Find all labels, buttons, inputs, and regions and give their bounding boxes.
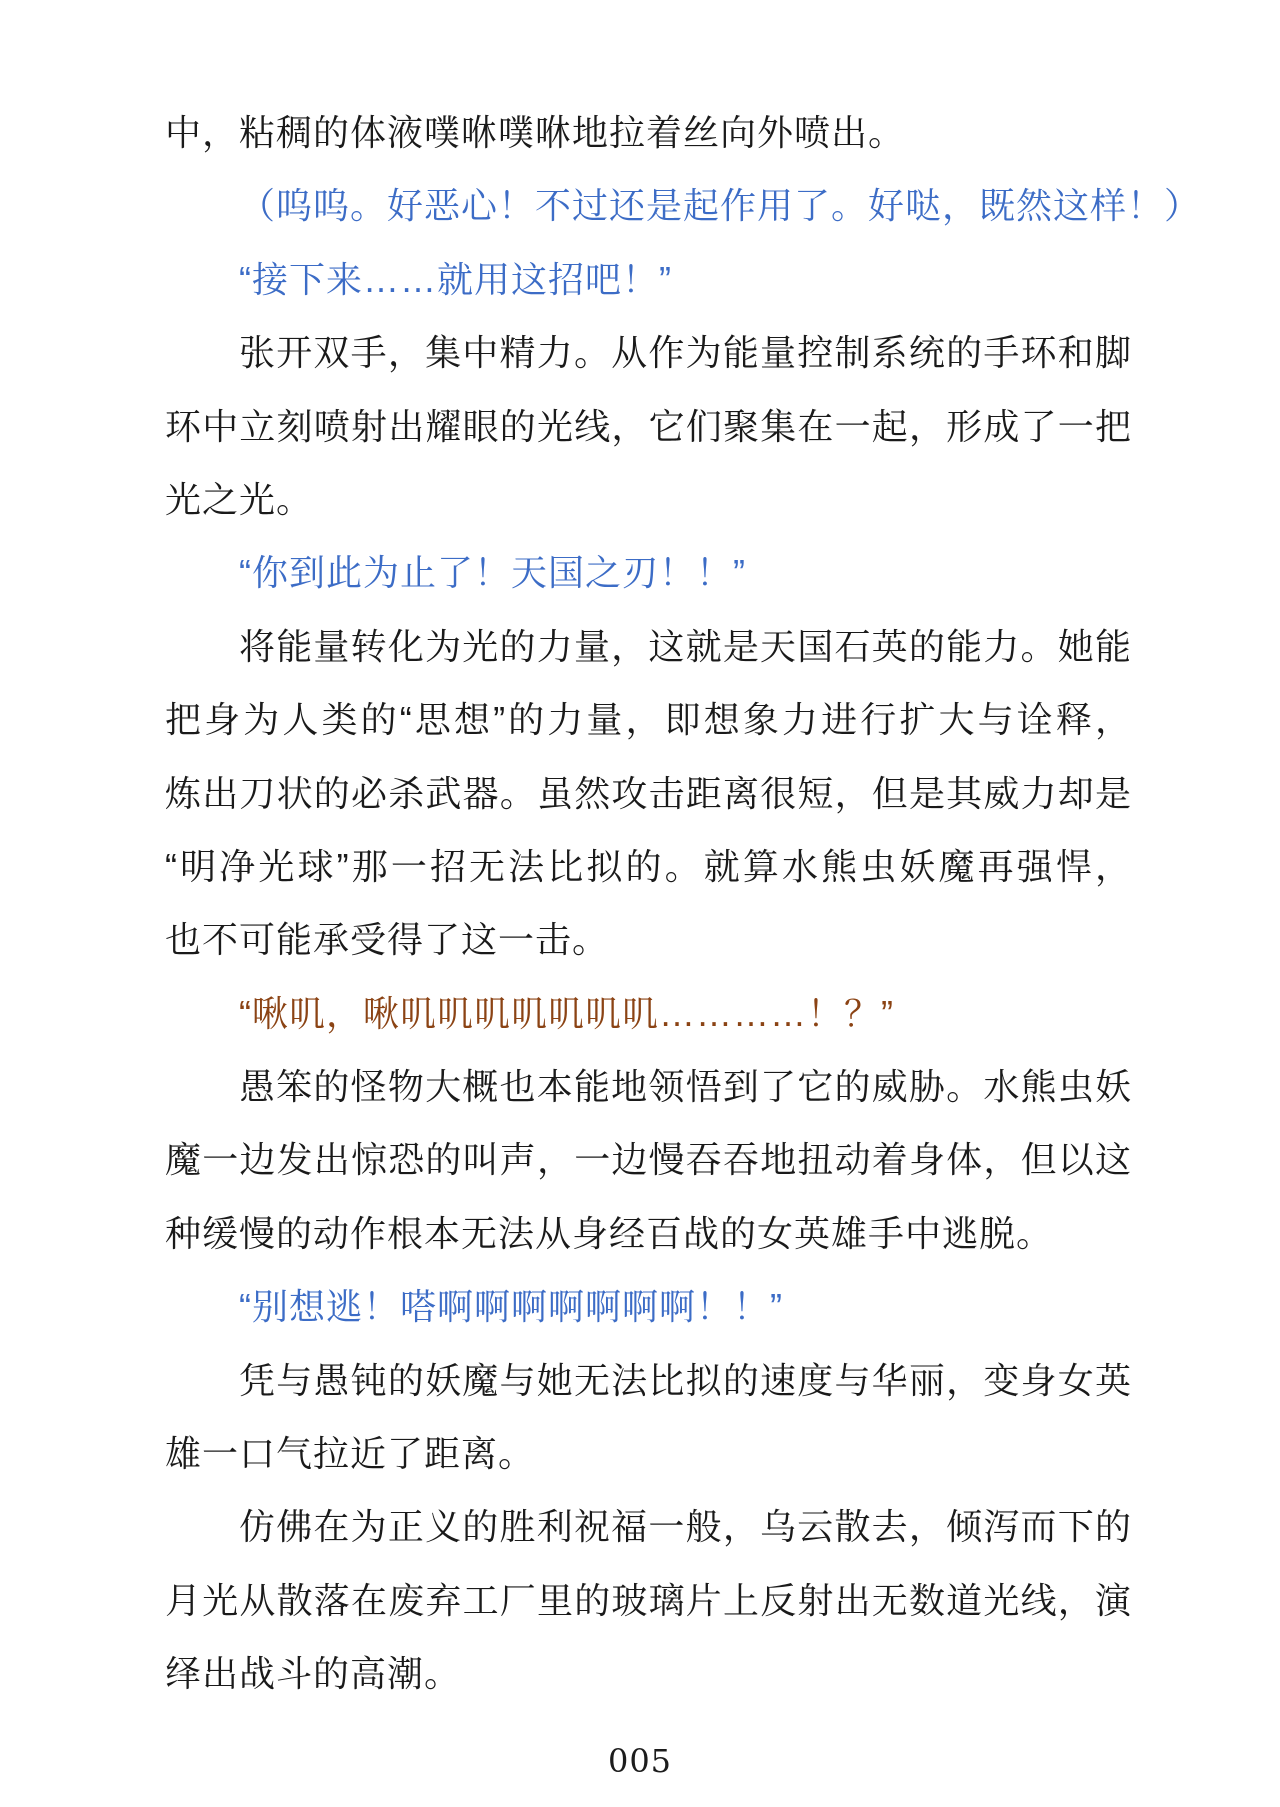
text-line: 凭与愚钝的妖魔与她无法比拟的速度与华丽，变身女英: [165, 1344, 1131, 1417]
text-line: 把身为人类的“思想”的力量，即想象力进行扩大与诠释，: [165, 683, 1131, 756]
text-line: 雄一口气拉近了距离。: [165, 1417, 1131, 1490]
text-line: 炼出刀状的必杀武器。虽然攻击距离很短，但是其威力却是: [165, 757, 1131, 830]
text-line: 绎出战斗的高潮。: [165, 1637, 1131, 1710]
text-line: 魔一边发出惊恐的叫声，一边慢吞吞地扭动着身体，但以这: [165, 1123, 1131, 1196]
novel-page: 中，粘稠的体液噗咻噗咻地拉着丝向外喷出。（呜呜。好恶心！不过还是起作用了。好哒，…: [0, 0, 1280, 1807]
text-line: “你到此为止了！天国之刃！！”: [165, 536, 1131, 609]
text-line: “接下来……就用这招吧！”: [165, 243, 1131, 316]
text-line: 愚笨的怪物大概也本能地领悟到了它的威胁。水熊虫妖: [165, 1050, 1131, 1123]
text-line: 光之光。: [165, 463, 1131, 536]
text-line: 张开双手，集中精力。从作为能量控制系统的手环和脚: [165, 316, 1131, 389]
text-line: 仿佛在为正义的胜利祝福一般，乌云散去，倾泻而下的: [165, 1490, 1131, 1563]
text-line: （呜呜。好恶心！不过还是起作用了。好哒，既然这样！）: [165, 169, 1131, 242]
text-line: “啾叽，啾叽叽叽叽叽叽叽…………！？”: [165, 977, 1131, 1050]
text-line: 也不可能承受得了这一击。: [165, 903, 1131, 976]
text-line: 月光从散落在废弃工厂里的玻璃片上反射出无数道光线，演: [165, 1564, 1131, 1637]
text-line: “明净光球”那一招无法比拟的。就算水熊虫妖魔再强悍，: [165, 830, 1131, 903]
text-block: 中，粘稠的体液噗咻噗咻地拉着丝向外喷出。（呜呜。好恶心！不过还是起作用了。好哒，…: [165, 96, 1131, 1711]
text-line: 种缓慢的动作根本无法从身经百战的女英雄手中逃脱。: [165, 1197, 1131, 1270]
text-line: 将能量转化为光的力量，这就是天国石英的能力。她能: [165, 610, 1131, 683]
text-line: “别想逃！嗒啊啊啊啊啊啊啊！！”: [165, 1270, 1131, 1343]
page-number: 005: [0, 1742, 1280, 1780]
text-line: 中，粘稠的体液噗咻噗咻地拉着丝向外喷出。: [165, 96, 1131, 169]
text-line: 环中立刻喷射出耀眼的光线，它们聚集在一起，形成了一把: [165, 390, 1131, 463]
